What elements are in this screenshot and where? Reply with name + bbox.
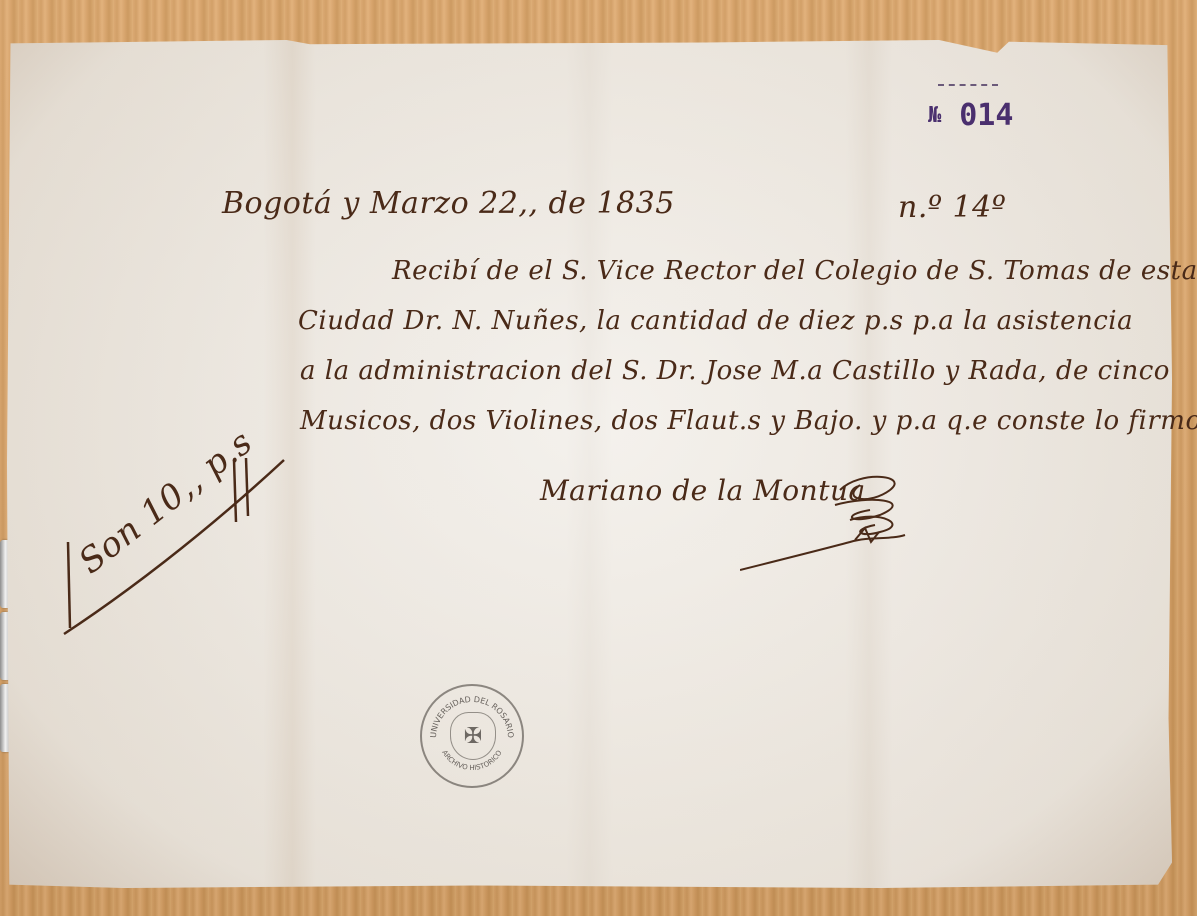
archive-seal-stamp: UNIVERSIDAD DEL ROSARIO ARCHIVO HISTORIC… — [420, 684, 524, 788]
seal-crest-icon: ✠ — [450, 712, 496, 760]
place-date-line: Bogotá y Marzo 22,, de 1835 — [222, 186, 675, 221]
body-line-3: a la administracion del S. Dr. Jose M.a … — [300, 356, 1170, 386]
body-line-4: Musicos, dos Violines, dos Flaut.s y Baj… — [300, 406, 1197, 436]
stamp-prefix-mark: № — [928, 103, 939, 128]
stamp-dash-mark — [938, 84, 998, 88]
body-line-1: Recibí de el S. Vice Rector del Colegio … — [392, 256, 1197, 286]
signature-rubric-flourish — [740, 470, 920, 580]
body-line-2: Ciudad Dr. N. Nuñes, la cantidad de diez… — [298, 306, 1133, 336]
stamp-number: 014 — [959, 98, 1013, 133]
receipt-number: n.º 14º — [898, 190, 1006, 225]
margin-amount-note: Son 10,, p.s — [62, 456, 292, 636]
catalog-number-stamp: № 014 — [928, 98, 1013, 133]
